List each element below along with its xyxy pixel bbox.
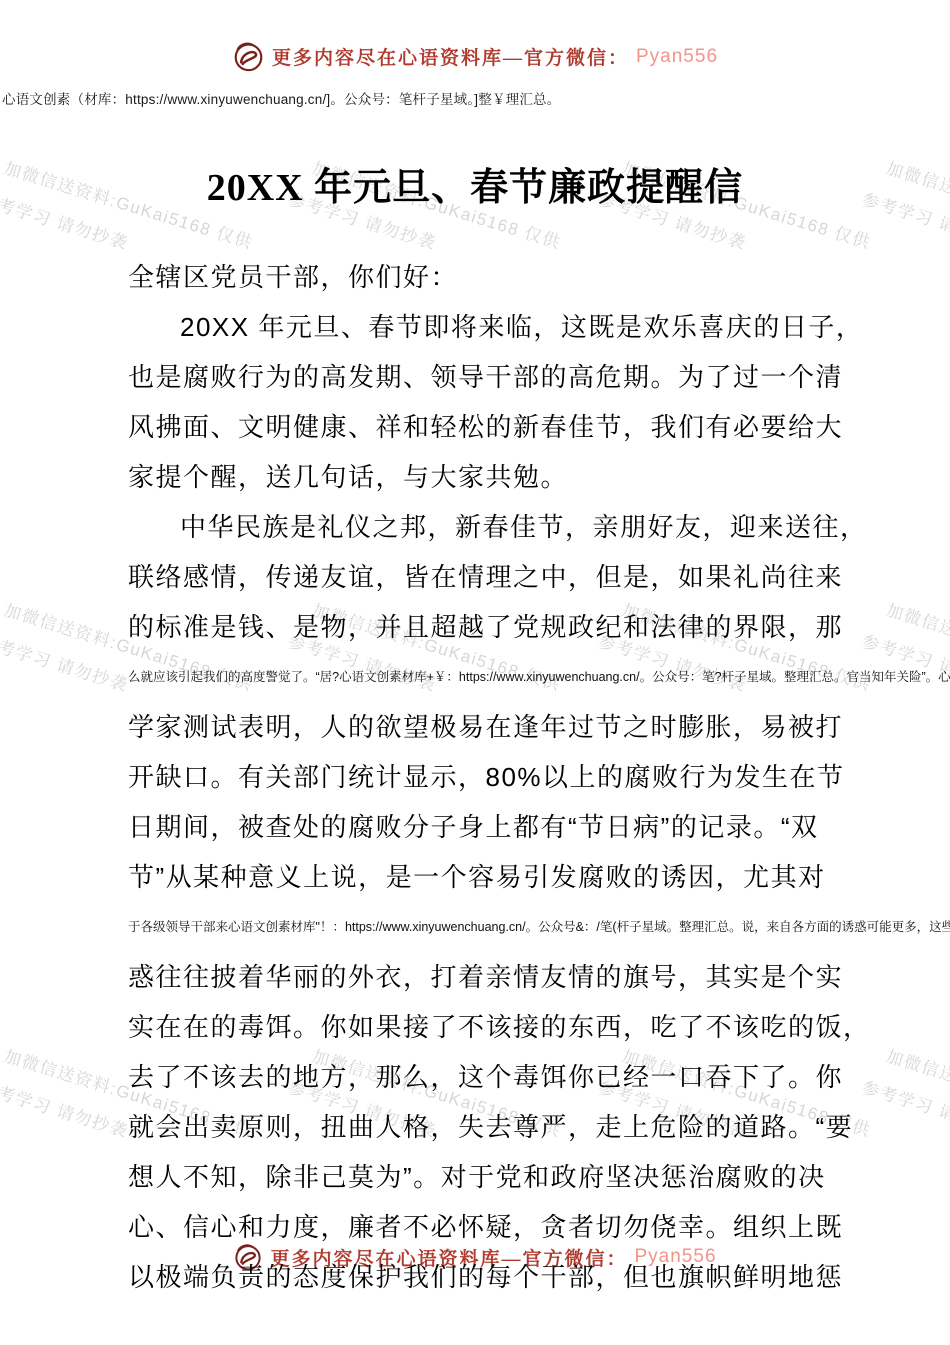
page-title: 20XX 年元旦、春节廉政提醒信	[0, 156, 950, 211]
document-body: 全辖区党员干部，你们好：20XX 年元旦、春节即将来临，这既是欢乐喜庆的日子，也…	[128, 252, 848, 1302]
header-brand: 更多内容尽在心语资料库—官方微信： Pyan556	[0, 40, 950, 73]
text-line: 想人不知，除非己莫为”。对于党和政府坚决惩治腐败的决	[128, 1152, 848, 1202]
text-line: 去了不该去的地方，那么，这个毒饵你已经一口吞下了。你	[128, 1052, 848, 1102]
text-line: 的标准是钱、是物，并且超越了党规政纪和法律的界限，那	[128, 602, 848, 652]
text-line: 也是腐败行为的高发期、领导干部的高危期。为了过一个清	[128, 352, 848, 402]
text-line: 开缺口。有关部门统计显示，80%以上的腐败行为发生在节	[128, 752, 848, 802]
text-line: 中华民族是礼仪之邦，新春佳节，亲朋好友，迎来送往，	[128, 502, 848, 552]
text-line: 心、信心和力度，廉者不必怀疑，贪者切勿侥幸。组织上既	[128, 1202, 848, 1252]
text-line: 就会出卖原则，扭曲人格，失去尊严，走上危险的道路。“要	[128, 1102, 848, 1152]
document-page: 加微信送资料:GuKai5168 仅供参考学习 请勿抄袭加微信送资料:GuKai…	[0, 0, 950, 1345]
text-line: 实在在的毒饵。你如果接了不该接的东西，吃了不该吃的饭，	[128, 1002, 848, 1052]
watermark: 加微信送资料:GuKai5168 仅供参考学习 请勿抄袭	[870, 1038, 950, 1184]
header-wechat-id: Pyan556	[636, 46, 718, 68]
text-line: 节”从某种意义上说，是一个容易引发腐败的诱因，尤其对	[128, 852, 848, 902]
text-line: 家提个醒，送几句话，与大家共勉。	[128, 452, 848, 502]
text-line: 日期间，被查处的腐败分子身上都有“节日病”的记录。“双	[128, 802, 848, 852]
header-source-line: 心语文创素（材库：https://www.xinyuwenchuang.cn/]…	[2, 88, 560, 108]
text-line: 么就应该引起我们的高度警觉了。“居?心语文创素材库+￥：https://www.…	[128, 652, 848, 702]
text-line: 联络感情，传递友谊，皆在情理之中，但是，如果礼尚往来	[128, 552, 848, 602]
text-line: 全辖区党员干部，你们好：	[128, 252, 848, 302]
text-line: 惑往往披着华丽的外衣，打着亲情友情的旗号，其实是个实	[128, 952, 848, 1002]
text-line: 风拂面、文明健康、祥和轻松的新春佳节，我们有必要给大	[128, 402, 848, 452]
text-line: 学家测试表明，人的欲望极易在逢年过节之时膨胀，易被打	[128, 702, 848, 752]
watermark: 加微信送资料:GuKai5168 仅供参考学习 请勿抄袭	[870, 592, 950, 738]
header-brand-text: 更多内容尽在心语资料库—官方微信：	[272, 43, 629, 70]
text-line: 于各级领导干部来心语文创素材库"！：https://www.xinyuwench…	[128, 902, 848, 952]
text-line: 以极端负责的态度保护我们的每个干部，但也旗帜鲜明地惩	[128, 1252, 848, 1302]
text-line: 20XX 年元旦、春节即将来临，这既是欢乐喜庆的日子，	[128, 302, 848, 352]
xinyu-seal-icon	[232, 40, 265, 73]
